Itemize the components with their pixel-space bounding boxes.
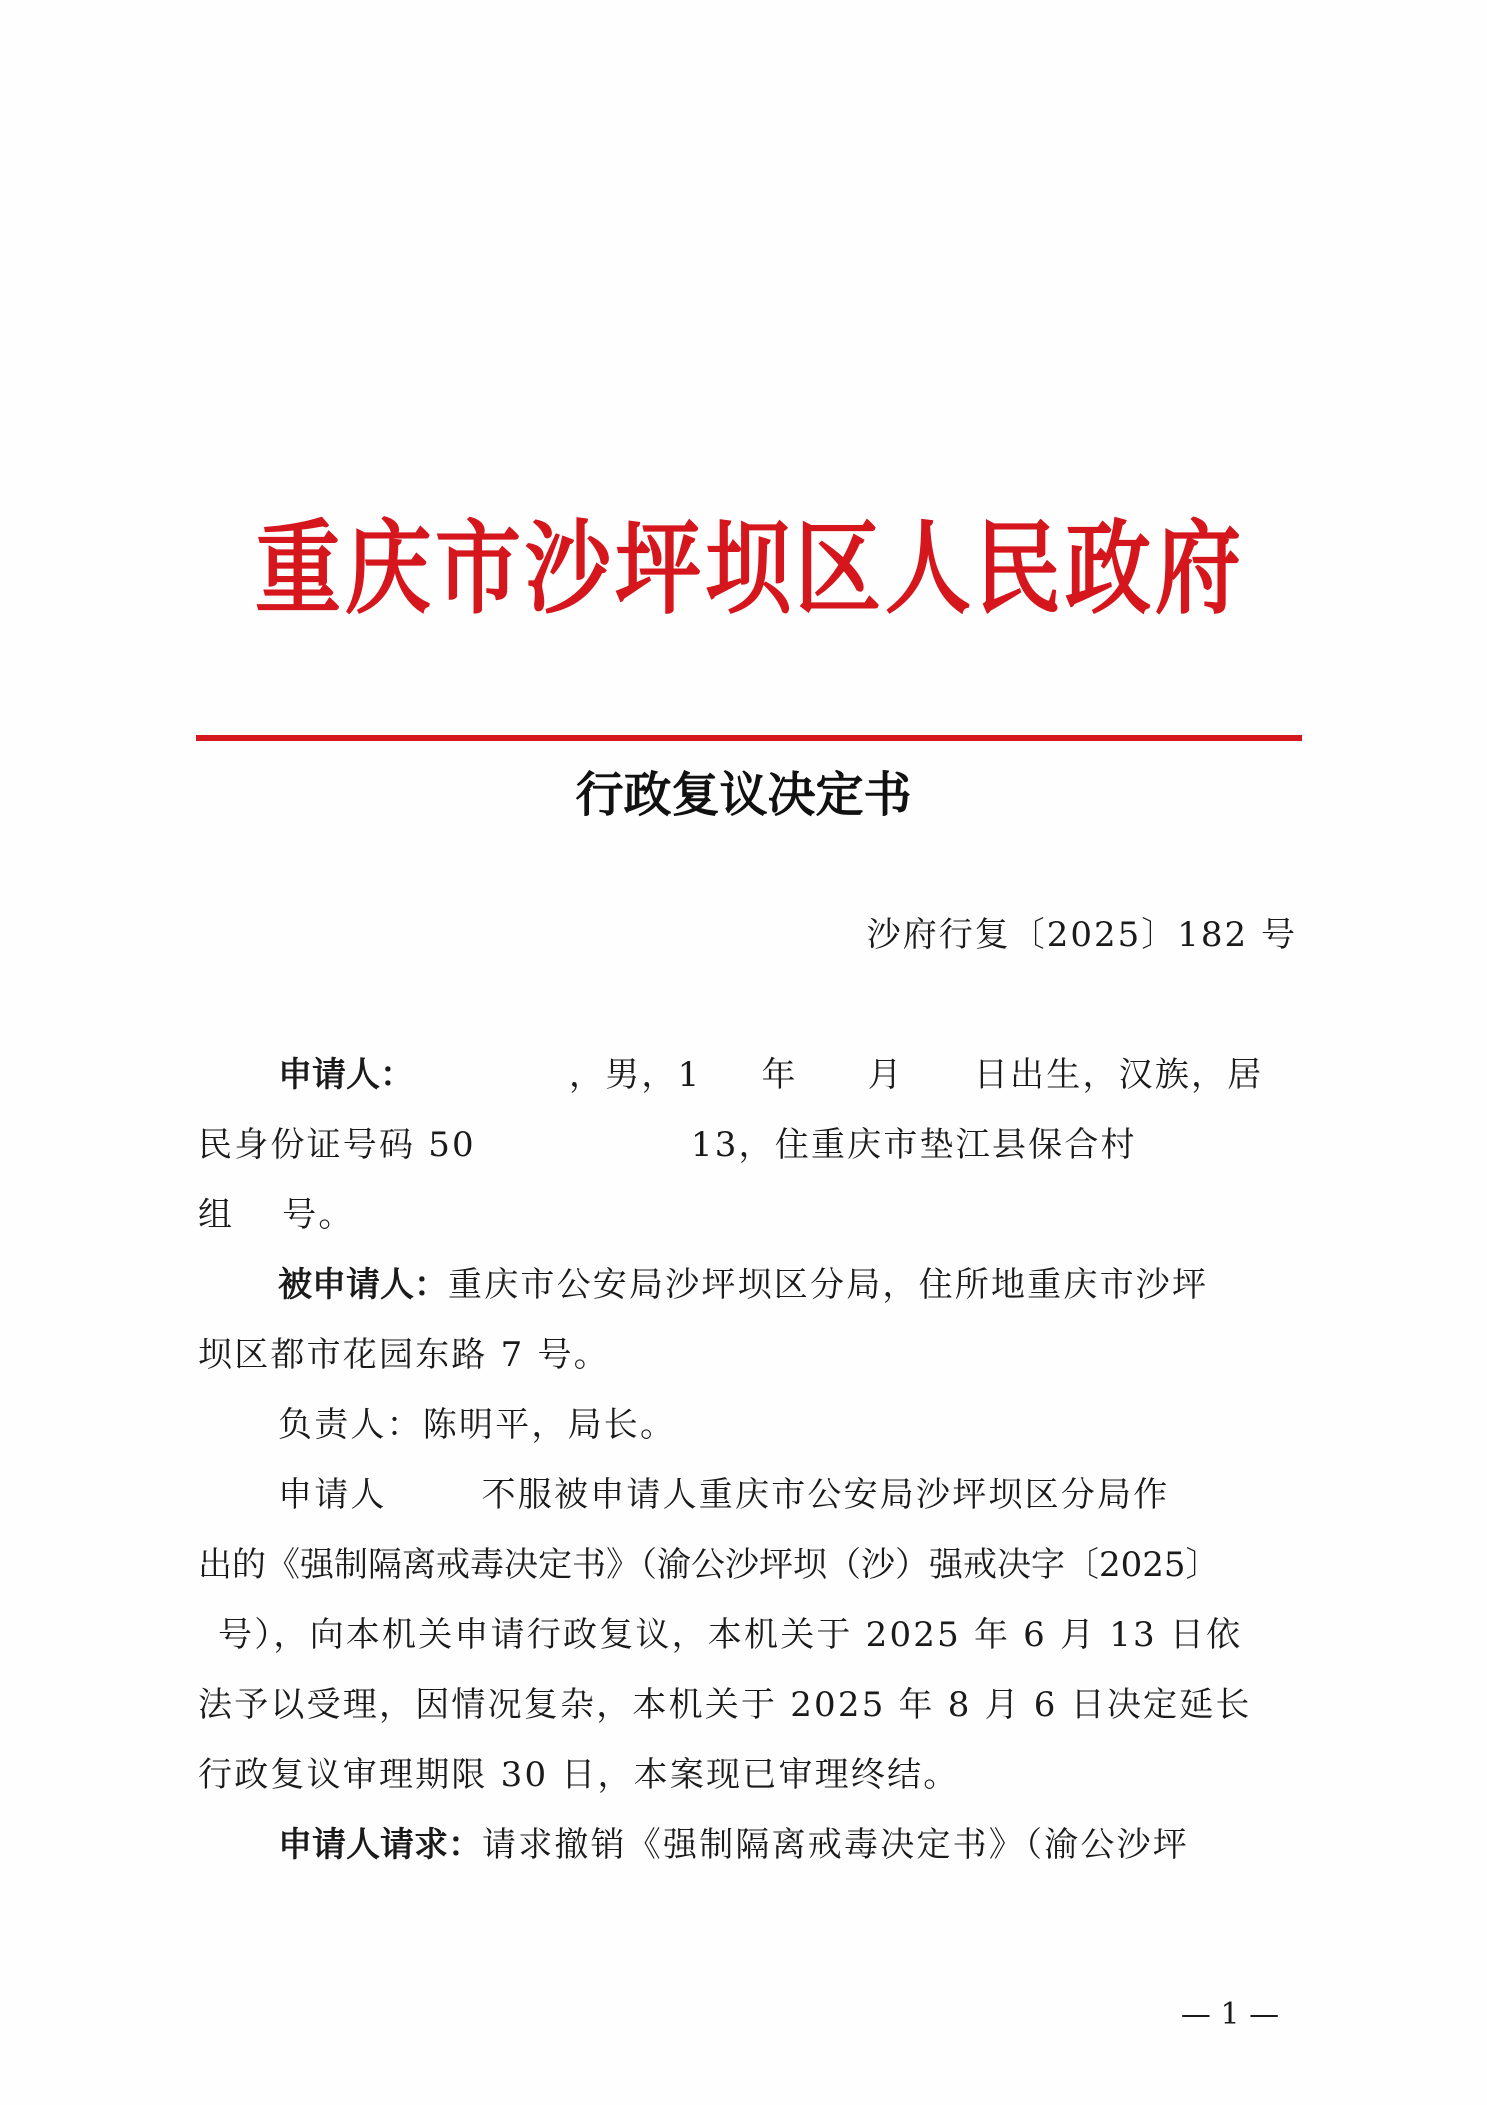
procedure-applicant: 申请人 bbox=[278, 1475, 387, 1515]
applicant-group: 组 bbox=[198, 1195, 234, 1235]
request-line-1: 申请人请求：请求撤销《强制隔离戒毒决定书》（渝公沙坪 bbox=[198, 1820, 1298, 1890]
document-body: 申请人：，男，1年月日出生，汉族，居 民身份证号码 5013，住重庆市垫江县保合… bbox=[198, 1050, 1298, 1890]
request-text: 请求撤销《强制隔离戒毒决定书》（渝公沙坪 bbox=[482, 1825, 1189, 1865]
procedure-line-3: 号），向本机关申请行政复议，本机关于 2025 年 6 月 13 日依 bbox=[198, 1610, 1298, 1680]
respondent-label: 被申请人： bbox=[278, 1265, 448, 1305]
page-number: — 1 — bbox=[1165, 1990, 1295, 2040]
responsible-person: 负责人：陈明平，局长。 bbox=[278, 1405, 676, 1445]
applicant-line-1: 申请人：，男，1年月日出生，汉族，居 bbox=[198, 1050, 1298, 1120]
procedure-text-4: 法予以受理，因情况复杂，本机关于 2025 年 8 月 6 日决定延长 bbox=[198, 1685, 1252, 1725]
applicant-line-2: 民身份证号码 5013，住重庆市垫江县保合村 bbox=[198, 1120, 1298, 1190]
responsible-person-line: 负责人：陈明平，局长。 bbox=[198, 1400, 1298, 1470]
request-label: 申请人请求： bbox=[278, 1825, 482, 1865]
applicant-label: 申请人： bbox=[278, 1055, 414, 1095]
procedure-line-1: 申请人不服被申请人重庆市公安局沙坪坝区分局作 bbox=[198, 1470, 1298, 1540]
applicant-address: 13，住重庆市垫江县保合村 bbox=[691, 1125, 1137, 1165]
respondent-line-1: 被申请人：重庆市公安局沙坪坝区分局，住所地重庆市沙坪 bbox=[198, 1260, 1298, 1330]
procedure-line-2: 出的《强制隔离戒毒决定书》（渝公沙坪坝（沙）强戒决字〔2025〕 bbox=[198, 1540, 1298, 1610]
document-number: 沙府行复〔2025〕182 号 bbox=[867, 910, 1297, 960]
respondent-address-cont: 坝区都市花园东路 7 号。 bbox=[198, 1335, 610, 1375]
applicant-line-3: 组号。 bbox=[198, 1190, 1298, 1260]
procedure-text-1: 不服被申请人重庆市公安局沙坪坝区分局作 bbox=[482, 1475, 1170, 1515]
document-page: 重庆市沙坪坝区人民政府 行政复议决定书 沙府行复〔2025〕182 号 申请人：… bbox=[0, 0, 1487, 2105]
procedure-text-3: 号），向本机关申请行政复议，本机关于 2025 年 6 月 13 日依 bbox=[218, 1615, 1242, 1655]
respondent-line-2: 坝区都市花园东路 7 号。 bbox=[198, 1330, 1298, 1400]
applicant-day-ethnicity: 日出生，汉族，居 bbox=[974, 1055, 1264, 1095]
applicant-year: 年 bbox=[761, 1055, 797, 1095]
red-divider bbox=[196, 735, 1302, 741]
applicant-id-prefix: 民身份证号码 50 bbox=[198, 1125, 476, 1165]
procedure-text-5: 行政复议审理期限 30 日，本案现已审理终结。 bbox=[198, 1755, 959, 1795]
document-title: 行政复议决定书 bbox=[0, 765, 1487, 825]
procedure-line-4: 法予以受理，因情况复杂，本机关于 2025 年 8 月 6 日决定延长 bbox=[198, 1680, 1298, 1750]
procedure-text-2: 出的《强制隔离戒毒决定书》（渝公沙坪坝（沙）强戒决字〔2025〕 bbox=[198, 1545, 1220, 1585]
respondent-name-address: 重庆市公安局沙坪坝区分局，住所地重庆市沙坪 bbox=[448, 1265, 1208, 1305]
issuer-header: 重庆市沙坪坝区人民政府 bbox=[230, 487, 1270, 652]
applicant-month: 月 bbox=[868, 1055, 904, 1095]
procedure-line-5: 行政复议审理期限 30 日，本案现已审理终结。 bbox=[198, 1750, 1298, 1820]
applicant-gender-birth: ，男，1 bbox=[569, 1055, 701, 1095]
applicant-house-number: 号。 bbox=[282, 1195, 354, 1235]
